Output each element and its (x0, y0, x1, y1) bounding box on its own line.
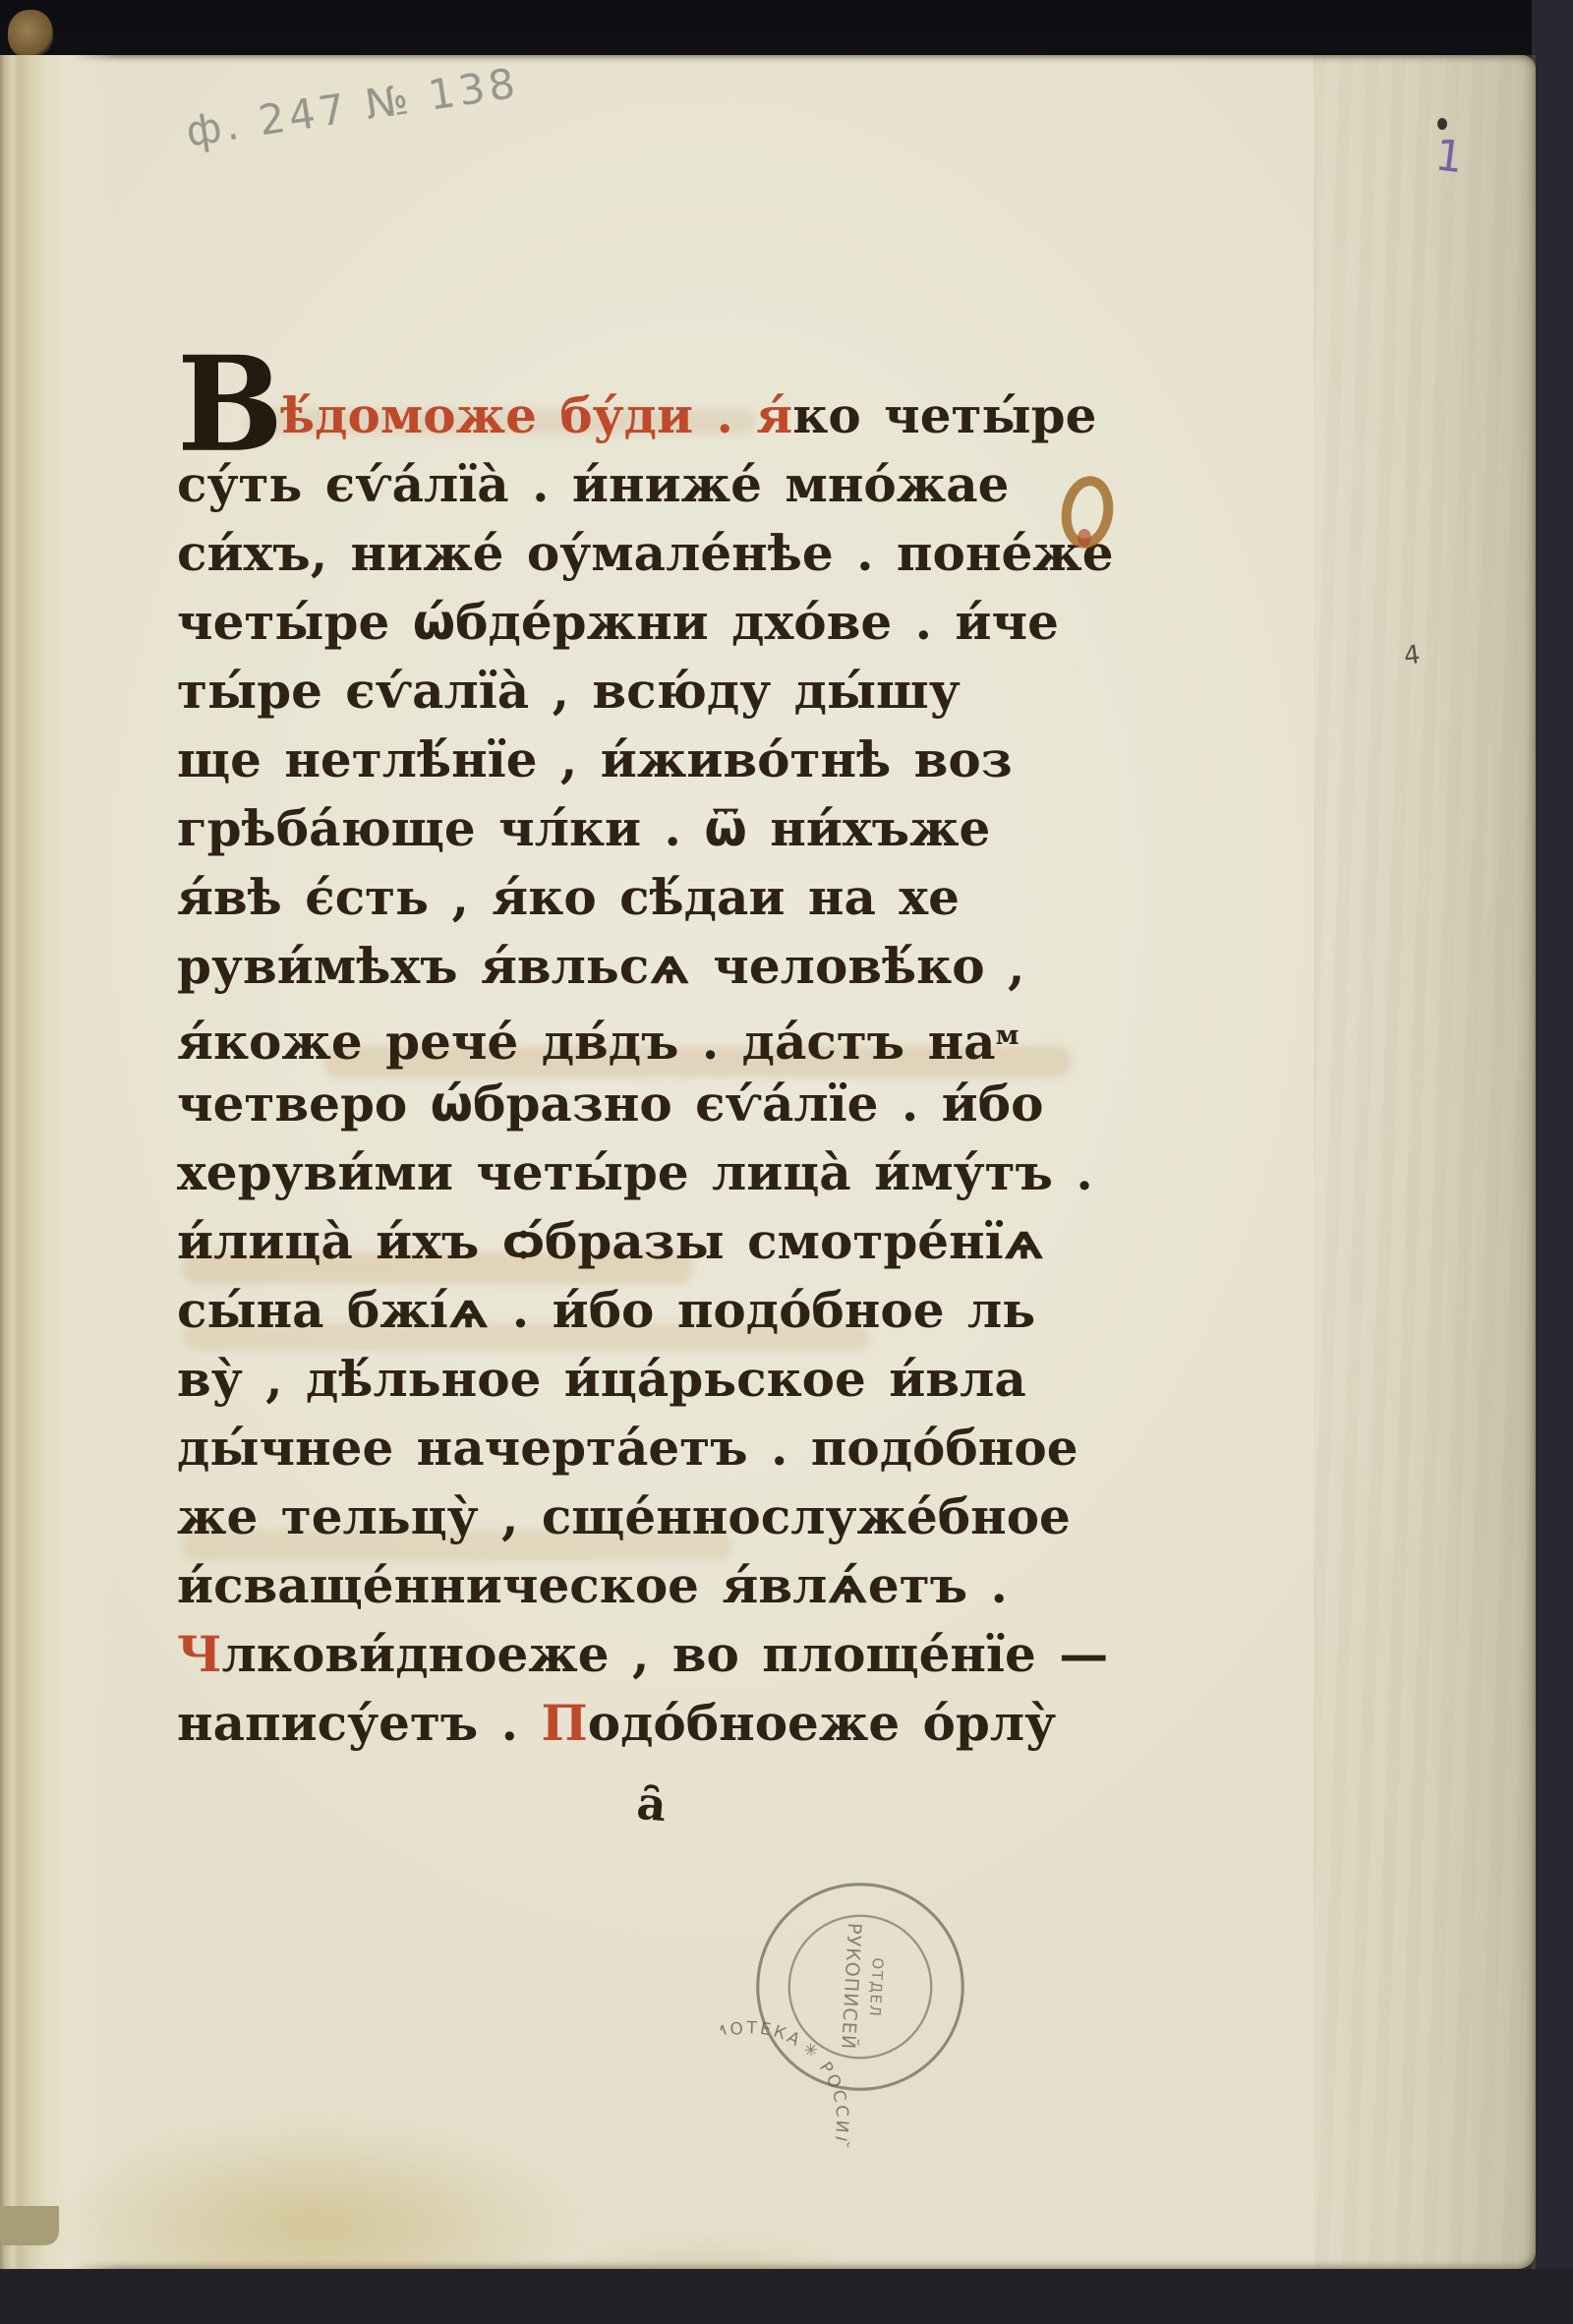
text-line: и́лица̀ и́хъ ѻ́бразы смотре́нїѧ (177, 1207, 1101, 1276)
text-line: су́ть єѵ́а́лїа̀ . и́ниже́ мно́жае (177, 450, 1101, 519)
text-segment: и́сваще́нническое я́влѧ́етъ . (177, 1556, 1008, 1614)
text-line: руви́мѣхъ я́вльсѧ человѣ́ко , (177, 932, 1101, 1001)
backdrop-bottom (0, 2269, 1573, 2324)
backdrop-right (1532, 0, 1573, 2324)
text-segment: напису́етъ . (177, 1694, 542, 1752)
text-segment: и́лица̀ и́хъ ѻ́бразы смотре́нїѧ (177, 1212, 1044, 1270)
text-line: и́сваще́нническое я́влѧ́етъ . (177, 1551, 1101, 1620)
text-segment: я́вѣ є́сть , я́ко сѣ́даи на хе (177, 868, 960, 926)
text-segment: сы́на бжі́ѧ . и́бо подо́бное ль (177, 1281, 1035, 1339)
text-segment: П (542, 1694, 588, 1752)
ink-blot-dot (1078, 529, 1091, 547)
text-line: грѣба́юще чл́ки . ѿ ни́хъже (177, 794, 1101, 863)
text-line: четверо ѡ́бразно єѵ́а́лїе . и́бо (177, 1070, 1101, 1138)
stamp-center-line1: ОТДЕЛ (866, 1957, 887, 2018)
text-line: я́коже рече́ дв́дъ . да́стъ нам (177, 1001, 1101, 1070)
archival-shelfmark: ф. 247 № 138 (183, 59, 522, 156)
text-line: напису́етъ . Подо́бноеже о́рлу̀ (177, 1689, 1101, 1758)
text-line: ще нетлѣ́нїе , и́живо́тнѣ воз (177, 726, 1101, 794)
binding-corner-wear (8, 10, 53, 59)
text-segment: грѣба́юще чл́ки . ѿ ни́хъже (177, 799, 990, 857)
text-segment: одо́бноеже о́рлу̀ (588, 1694, 1056, 1752)
text-line: си́хъ, ниже́ оу́мале́нѣе . поне́же (177, 519, 1101, 588)
text-line: Члкови́дноеже , во площе́нїе — (177, 1620, 1101, 1689)
text-segment: Ч (177, 1625, 222, 1683)
library-stamp: ✳ РОССИЙСКАЯ ГОСУДАРСТВЕННАЯ БИБЛИОТЕКА … (681, 1808, 1040, 2167)
text-segment: ще нетлѣ́нїе , и́живо́тнѣ воз (177, 730, 1013, 788)
text-line: я́вѣ є́сть , я́ко сѣ́даи на хе (177, 863, 1101, 932)
text-line: четы́ре ѡ́бде́ржни дхо́ве . и́че (177, 588, 1101, 657)
fore-edge-texture (1313, 55, 1536, 2269)
text-segment: ды́чнее начерта́етъ . подо́бное (177, 1419, 1078, 1477)
stamp-center-line2: РУКОПИСЕЙ (837, 1922, 866, 2050)
text-line: сы́на бжі́ѧ . и́бо подо́бное ль (177, 1276, 1101, 1345)
text-segment: четверо ѡ́бразно єѵ́а́лїе . и́бо (177, 1075, 1043, 1133)
text-segment: м (996, 1019, 1020, 1051)
text-line: херуви́ми четы́ре лица̀ и́му́тъ . (177, 1138, 1101, 1207)
text-segment: ты́ре єѵ́алїа̀ , всю́ду ды́шу (177, 662, 961, 720)
text-segment: я́коже рече́ дв́дъ . да́стъ на (177, 1013, 996, 1071)
text-segment: четы́ре ѡ́бде́ржни дхо́ве . и́че (177, 593, 1059, 651)
folio-signature: а̑ (635, 1776, 669, 1831)
text-line: же тельцу̀ , сще́ннослуже́бное (177, 1482, 1101, 1551)
text-segment: си́хъ, ниже́ оу́мале́нѣе . поне́же (177, 524, 1114, 582)
text-segment: ѣ́доможе бу́ди . я́ (280, 386, 792, 444)
text-segment: ву̀ , дѣ́льное и́ца́рьское и́вла (177, 1350, 1026, 1408)
text-segment: херуви́ми четы́ре лица̀ и́му́тъ . (177, 1143, 1093, 1201)
text-segment: руви́мѣхъ я́вльсѧ человѣ́ко , (177, 937, 1024, 995)
text-segment: ко четы́ре (792, 386, 1096, 444)
binding-gutter (0, 55, 118, 2269)
text-line: ву̀ , дѣ́льное и́ца́рьское и́вла (177, 1345, 1101, 1414)
ink-fleck (1437, 118, 1447, 130)
text-segment: лкови́дноеже , во площе́нїе — (222, 1625, 1109, 1683)
page-block-edge (0, 2206, 59, 2245)
text-line: ды́чнее начерта́етъ . подо́бное (177, 1414, 1101, 1482)
text-segment: су́ть єѵ́а́лїа̀ . и́ниже́ мно́жае (177, 455, 1009, 513)
scan-backdrop: ф. 247 № 138 1 4 В ѣ́доможе бу́ди . я́ко… (0, 0, 1573, 2324)
text-segment: же тельцу̀ , сще́ннослуже́бное (177, 1487, 1071, 1545)
manuscript-text: ѣ́доможе бу́ди . я́ко четы́ресу́ть єѵ́а́… (177, 381, 1101, 1758)
text-line: ты́ре єѵ́алїа̀ , всю́ду ды́шу (177, 657, 1101, 726)
manuscript-page: ф. 247 № 138 1 4 В ѣ́доможе бу́ди . я́ко… (0, 55, 1536, 2269)
text-line: ѣ́доможе бу́ди . я́ко четы́ре (177, 381, 1101, 450)
margin-mark: 4 (1402, 640, 1422, 671)
